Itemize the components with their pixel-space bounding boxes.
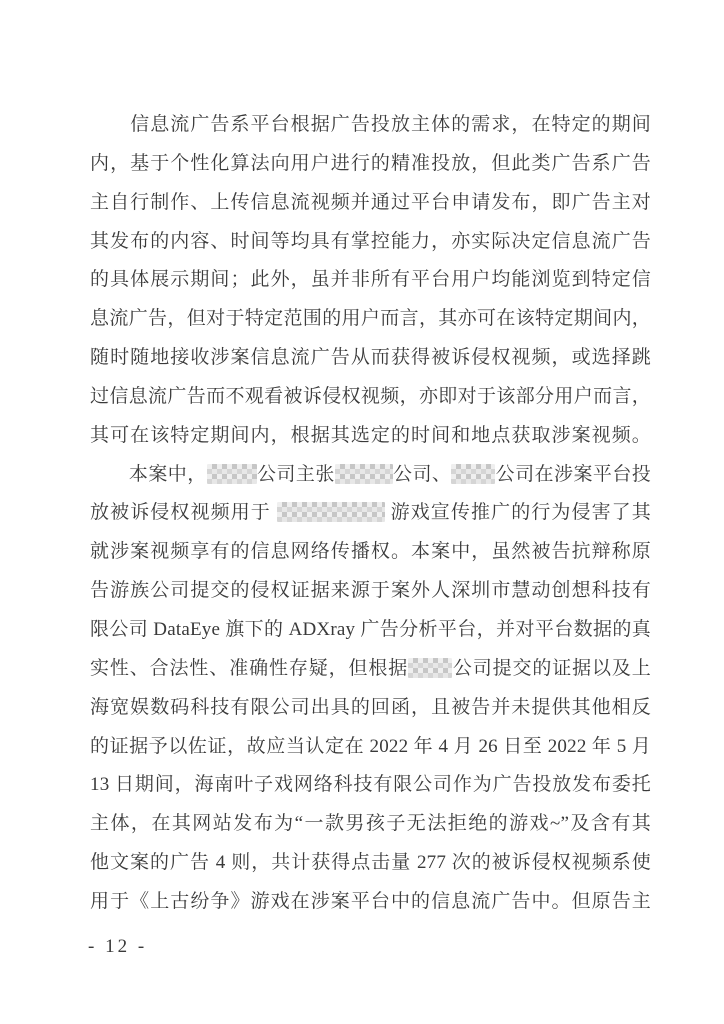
text-line: 限公司 DataEye 旗下的 ADXray 广告分析平台，并对平台数据的真 (90, 611, 651, 650)
text-segment: 告游族公司提交的侵权证据来源于案外人深圳市慧动创想科技有 (90, 580, 651, 601)
text-line: 的证据予以佐证，故应当认定在 2022 年 4 月 26 日至 2022 年 5… (90, 728, 651, 767)
text-line: 随时随地接收涉案信息流广告从而获得被诉侵权视频，或选择跳 (90, 339, 651, 378)
text-segment: 随时随地接收涉案信息流广告从而获得被诉侵权视频，或选择跳 (90, 347, 651, 368)
text-segment: 公司在涉案平台投 (495, 464, 651, 485)
text-segment: 信息流广告系平台根据广告投放主体的需求，在特定的期间 (90, 114, 651, 135)
text-line: 放被诉侵权视频用于 游戏宣传推广的行为侵害了其 (90, 494, 651, 533)
text-segment: 过信息流广告而不观看被诉侵权视频，亦即对于该部分用户而言， (90, 386, 651, 407)
text-segment: 其发布的内容、时间等均具有掌控能力，亦实际决定信息流广告 (90, 231, 651, 252)
text-segment: 实性、合法性、准确性存疑，但根据 (90, 658, 408, 679)
redaction-block (335, 464, 393, 484)
text-segment: 海宽娱数码科技有限公司出具的回函，且被告并未提供其他相反 (90, 697, 651, 718)
text-segment: 游戏宣传推广的行为侵害了其 (385, 502, 651, 523)
text-line: 海宽娱数码科技有限公司出具的回函，且被告并未提供其他相反 (90, 689, 651, 728)
text-segment: 其可在该特定期间内，根据其选定的时间和地点获取涉案视频。 (90, 425, 651, 446)
text-line: 信息流广告系平台根据广告投放主体的需求，在特定的期间 (90, 106, 651, 145)
redaction-block (277, 502, 385, 522)
redaction-block (451, 464, 495, 484)
text-segment: 公司主张 (257, 464, 335, 485)
text-segment: 13 日期间，海南叶子戏网络科技有限公司作为广告投放发布委托 (90, 774, 651, 795)
text-line: 实性、合法性、准确性存疑，但根据公司提交的证据以及上 (90, 650, 651, 689)
document-page: 信息流广告系平台根据广告投放主体的需求，在特定的期间内，基于个性化算法向用户进行… (0, 0, 724, 1024)
text-line: 主自行制作、上传信息流视频并通过平台申请发布，即广告主对 (90, 184, 651, 223)
text-line: 其可在该特定期间内，根据其选定的时间和地点获取涉案视频。 (90, 417, 651, 456)
text-segment: 内，基于个性化算法向用户进行的精准投放，但此类广告系广告 (90, 153, 651, 174)
text-line: 息流广告，但对于特定范围的用户而言，其亦可在该特定期间内， (90, 300, 651, 339)
text-segment: 放被诉侵权视频用于 (90, 502, 277, 523)
redaction-block (207, 464, 257, 484)
text-line: 用于《上古纷争》游戏在涉案平台中的信息流广告中。但原告主 (90, 883, 651, 922)
text-segment: 本案中， (90, 464, 207, 485)
text-segment: 用于《上古纷争》游戏在涉案平台中的信息流广告中。但原告主 (90, 891, 651, 912)
text-segment: 公司、 (393, 464, 452, 485)
text-line: 他文案的广告 4 则，共计获得点击量 277 次的被诉侵权视频系使 (90, 844, 651, 883)
text-segment: 限公司 DataEye 旗下的 ADXray 广告分析平台，并对平台数据的真 (90, 619, 651, 640)
text-segment: 他文案的广告 4 则，共计获得点击量 277 次的被诉侵权视频系使 (90, 852, 651, 873)
text-block: 信息流广告系平台根据广告投放主体的需求，在特定的期间内，基于个性化算法向用户进行… (90, 106, 651, 922)
text-segment: 主体，在其网站发布为“一款男孩子无法拒绝的游戏~”及含有其 (90, 813, 651, 834)
text-line: 13 日期间，海南叶子戏网络科技有限公司作为广告投放发布委托 (90, 766, 651, 805)
text-line: 告游族公司提交的侵权证据来源于案外人深圳市慧动创想科技有 (90, 572, 651, 611)
text-segment: 的具体展示期间；此外，虽并非所有平台用户均能浏览到特定信 (90, 269, 651, 290)
text-line: 其发布的内容、时间等均具有掌控能力，亦实际决定信息流广告 (90, 223, 651, 262)
text-segment: 就涉案视频享有的信息网络传播权。本案中，虽然被告抗辩称原 (90, 541, 651, 562)
text-segment: 主自行制作、上传信息流视频并通过平台申请发布，即广告主对 (90, 192, 651, 213)
text-line: 就涉案视频享有的信息网络传播权。本案中，虽然被告抗辩称原 (90, 533, 651, 572)
text-line: 本案中，公司主张公司、公司在涉案平台投 (90, 456, 651, 495)
text-segment: 息流广告，但对于特定范围的用户而言，其亦可在该特定期间内， (90, 308, 651, 329)
redaction-block (408, 658, 452, 678)
text-segment: 的证据予以佐证，故应当认定在 2022 年 4 月 26 日至 2022 年 5… (90, 736, 651, 757)
text-line: 的具体展示期间；此外，虽并非所有平台用户均能浏览到特定信 (90, 261, 651, 300)
text-segment: 公司提交的证据以及上 (452, 658, 651, 679)
text-line: 主体，在其网站发布为“一款男孩子无法拒绝的游戏~”及含有其 (90, 805, 651, 844)
text-line: 内，基于个性化算法向用户进行的精准投放，但此类广告系广告 (90, 145, 651, 184)
page-number: - 12 - (88, 936, 147, 958)
text-line: 过信息流广告而不观看被诉侵权视频，亦即对于该部分用户而言， (90, 378, 651, 417)
